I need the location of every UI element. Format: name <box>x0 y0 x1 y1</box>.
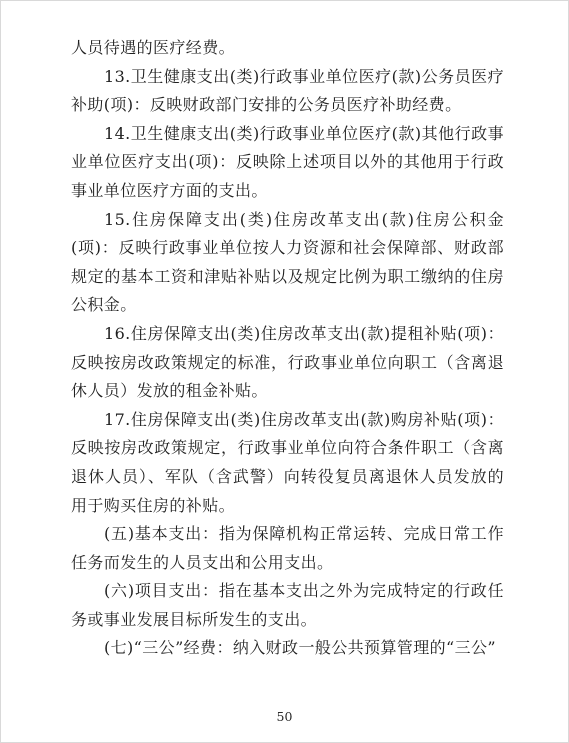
paragraph: 14.卫生健康支出(类)行政事业单位医疗(款)其他行政事业单位医疗支出(项)：反… <box>71 120 504 206</box>
document-body: 人员待遇的医疗经费。13.卫生健康支出(类)行政事业单位医疗(款)公务员医疗补助… <box>71 34 504 663</box>
paragraph: 15.住房保障支出(类)住房改革支出(款)住房公积金(项)：反映行政事业单位按人… <box>71 206 504 320</box>
paragraph: (五)基本支出：指为保障机构正常运转、完成日常工作任务而发生的人员支出和公用支出… <box>71 520 504 577</box>
document-page: 人员待遇的医疗经费。13.卫生健康支出(类)行政事业单位医疗(款)公务员医疗补助… <box>0 0 569 743</box>
paragraph: (六)项目支出：指在基本支出之外为完成特定的行政任务或事业发展目标所发生的支出。 <box>71 577 504 634</box>
paragraph: 16.住房保障支出(类)住房改革支出(款)提租补贴(项)：反映按房改政策规定的标… <box>71 320 504 406</box>
paragraph: 17.住房保障支出(类)住房改革支出(款)购房补贴(项)：反映按房改政策规定，行… <box>71 406 504 520</box>
paragraph: 13.卫生健康支出(类)行政事业单位医疗(款)公务员医疗补助(项)：反映财政部门… <box>71 63 504 120</box>
page-number: 50 <box>1 709 568 724</box>
paragraph: (七)“三公”经费：纳入财政一般公共预算管理的“三公” <box>71 634 504 663</box>
paragraph: 人员待遇的医疗经费。 <box>71 34 504 63</box>
